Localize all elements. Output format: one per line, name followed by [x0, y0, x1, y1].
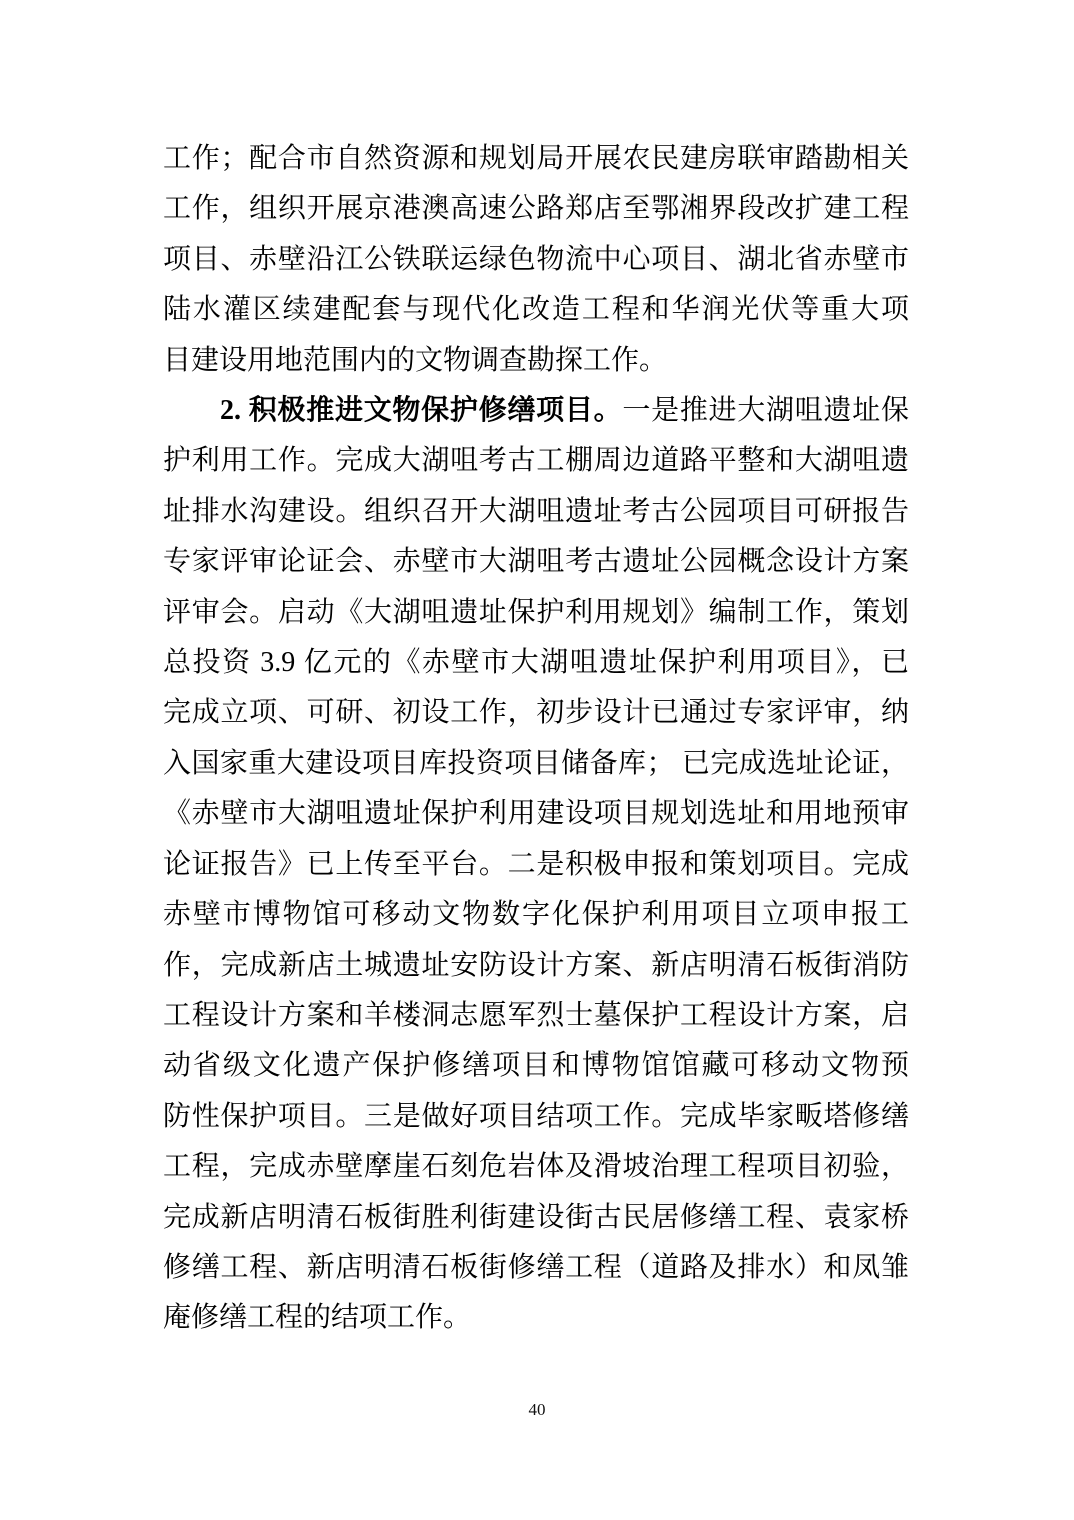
text-line: 工作，组织开展京港澳高速公路郑店至鄂湘界段改扩建工程: [163, 184, 909, 234]
text-line: 项目、赤壁沿江公铁联运绿色物流中心项目、湖北省赤壁市: [163, 235, 909, 285]
document-page: 工作；配合市自然资源和规划局开展农民建房联审踏勘相关 工作，组织开展京港澳高速公…: [0, 0, 1074, 1520]
text-line: 修缮工程、新店明清石板街修缮工程（道路及排水）和凤雏: [163, 1243, 909, 1293]
text-line: 动省级文化遗产保护修缮项目和博物馆馆藏可移动文物预: [163, 1041, 909, 1091]
text-line: 总投资 3.9 亿元的《赤壁市大湖咀遗址保护利用项目》，已: [163, 638, 909, 688]
section-heading-line: 2. 积极推进文物保护修缮项目。一是推进大湖咀遗址保: [163, 386, 909, 436]
text-line: 专家评审论证会、赤壁市大湖咀考古遗址公园概念设计方案: [163, 537, 909, 587]
text-line: 目建设用地范围内的文物调查勘探工作。: [163, 336, 909, 386]
text-line: 评审会。启动《大湖咀遗址保护利用规划》编制工作，策划: [163, 588, 909, 638]
body-text: 工作；配合市自然资源和规划局开展农民建房联审踏勘相关 工作，组织开展京港澳高速公…: [163, 134, 909, 1344]
section-heading-continuation: 一是推进大湖咀遗址保: [622, 395, 909, 426]
text-line: 论证报告》已上传至平台。二是积极申报和策划项目。完成: [163, 840, 909, 890]
text-line: 陆水灌区续建配套与现代化改造工程和华润光伏等重大项: [163, 285, 909, 335]
section-heading: 2. 积极推进文物保护修缮项目。: [220, 395, 622, 426]
text-line: 护利用工作。完成大湖咀考古工棚周边道路平整和大湖咀遗: [163, 436, 909, 486]
text-line: 完成立项、可研、初设工作，初步设计已通过专家评审，纳: [163, 688, 909, 738]
text-line: 完成新店明清石板街胜利街建设街古民居修缮工程、袁家桥: [163, 1193, 909, 1243]
paragraph-1: 工作；配合市自然资源和规划局开展农民建房联审踏勘相关 工作，组织开展京港澳高速公…: [163, 134, 909, 386]
text-line: 防性保护项目。三是做好项目结项工作。完成毕家畈塔修缮: [163, 1092, 909, 1142]
text-line: 作，完成新店土城遗址安防设计方案、新店明清石板街消防: [163, 941, 909, 991]
page-number: 40: [0, 1400, 1074, 1420]
text-line: 工作；配合市自然资源和规划局开展农民建房联审踏勘相关: [163, 134, 909, 184]
text-line: 赤壁市博物馆可移动文物数字化保护利用项目立项申报工: [163, 890, 909, 940]
text-line: 工程，完成赤壁摩崖石刻危岩体及滑坡治理工程项目初验，: [163, 1142, 909, 1192]
text-line: 庵修缮工程的结项工作。: [163, 1293, 909, 1343]
text-line: 《赤壁市大湖咀遗址保护利用建设项目规划选址和用地预审: [163, 789, 909, 839]
text-line: 工程设计方案和羊楼洞志愿军烈士墓保护工程设计方案，启: [163, 991, 909, 1041]
text-line: 入国家重大建设项目库投资项目储备库； 已完成选址论证，: [163, 739, 909, 789]
paragraph-2: 2. 积极推进文物保护修缮项目。一是推进大湖咀遗址保 护利用工作。完成大湖咀考古…: [163, 386, 909, 1344]
text-line: 址排水沟建设。组织召开大湖咀遗址考古公园项目可研报告: [163, 487, 909, 537]
